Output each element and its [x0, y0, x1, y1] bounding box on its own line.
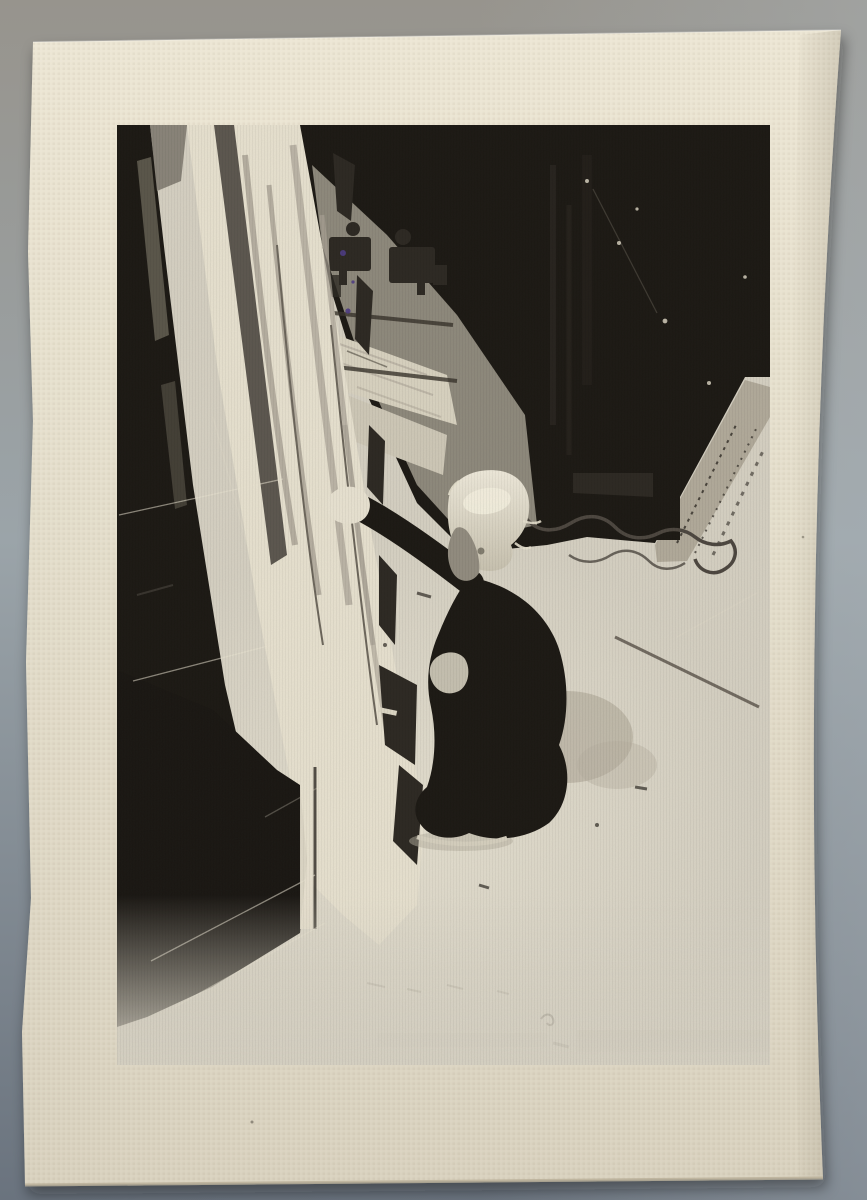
photograph [77, 125, 770, 1125]
photographed-print-scene [0, 0, 867, 1200]
photo-grain [117, 125, 770, 1065]
card-fleck [802, 536, 805, 539]
scene-svg [0, 0, 867, 1200]
card-fleck [251, 1121, 254, 1124]
